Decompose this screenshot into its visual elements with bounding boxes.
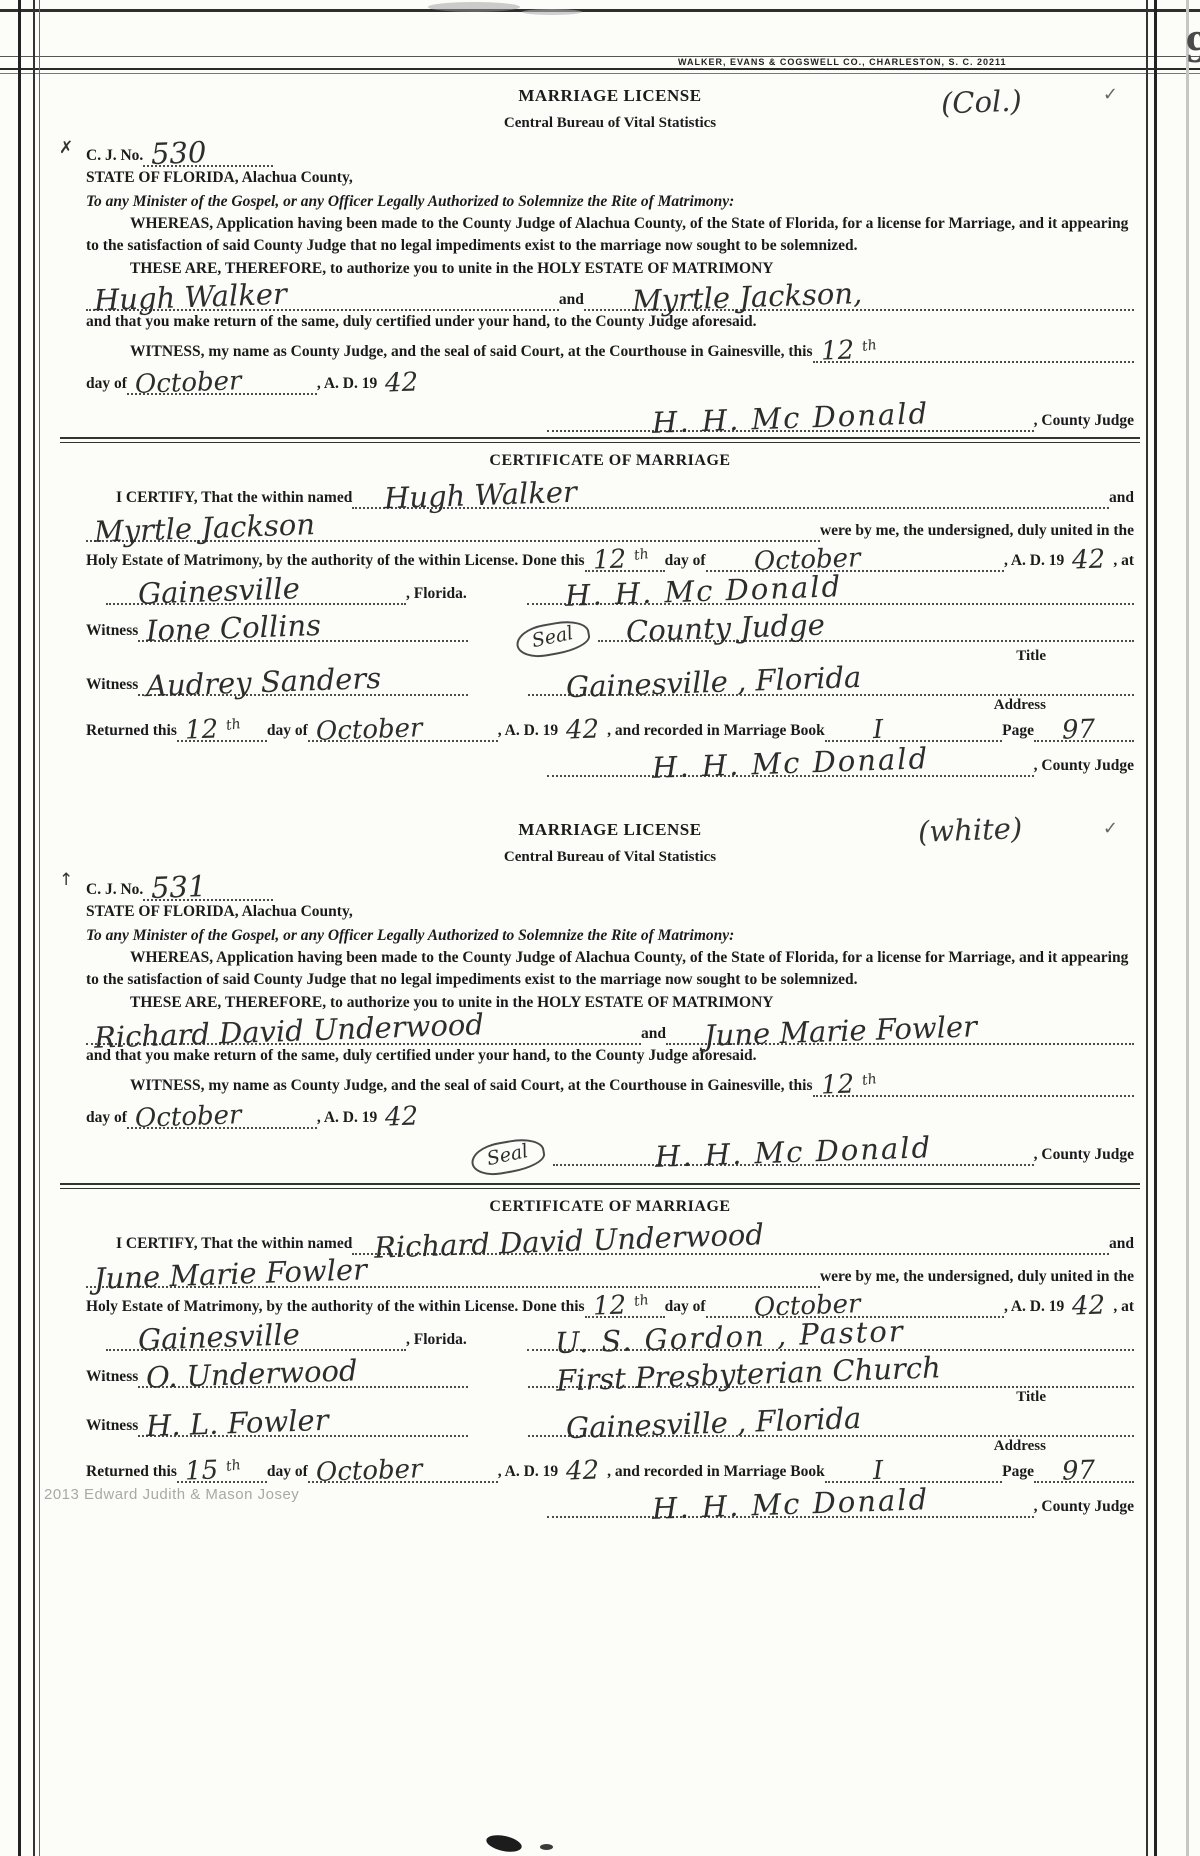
groom-line: Richard David Underwood [86,1014,641,1045]
whereas-paragraph: WHEREAS, Application having been made to… [86,947,1134,992]
page-label: Page [1002,1463,1034,1481]
day-of-label: day of [665,552,706,570]
these-line: THESE ARE, THEREFORE, to authorize you t… [86,994,1134,1012]
at-label: , at [1113,1298,1134,1316]
license-year: 42 [377,369,427,397]
judge-signature-row: Seal H. H. Mc Donald , County Judge [86,1135,1134,1171]
witness2-signature: Audrey Sanders [138,664,390,702]
groom-line: Hugh Walker [352,478,1109,509]
certify-label: I CERTIFY, That the within named [86,1235,352,1253]
scan-smudge [428,2,520,12]
certify-row: I CERTIFY, That the within named Richard… [86,1224,1134,1255]
marriage-book: I [864,717,891,744]
return-line: and that you make return of the same, du… [86,1047,1134,1065]
binding-line [33,0,35,1856]
done-day: 12 [584,1292,634,1320]
certify-label: I CERTIFY, That the within named [86,489,352,507]
city-line: Gainesville [106,574,406,605]
page-edge [1186,0,1189,1856]
witness-label: Witness [86,1368,138,1386]
bride-name: Myrtle Jackson, [623,279,870,317]
judge-signature: H. H. Mc Donald [643,1485,937,1524]
certificate-title: CERTIFICATE OF MARRIAGE [86,1198,1134,1216]
returned-month-line: October [308,714,498,742]
page-number-line: 97 [1034,1455,1134,1483]
license-day-suffix: th [861,337,878,355]
signature-line: H. H. Mc Donald [553,1135,1034,1166]
checkmark-icon: ✓ [1103,84,1118,105]
section-divider [60,437,1140,443]
returned-month-line: October [308,1455,498,1483]
city: Gainesville [130,1320,309,1355]
recorded-label: , and recorded in Marriage Book [607,722,825,740]
officiant-address-line: Gainesville , Florida [528,1406,1134,1437]
witness2-signature: H. L. Fowler [138,1406,337,1442]
day-of-row: day of October , A. D. 19 42 [86,1101,1134,1129]
day-of-label: day of [86,1109,127,1127]
returned-year: 42 [558,716,608,744]
witness-line-row: WITNESS, my name as County Judge, and th… [86,1069,1134,1097]
returned-day: 15 [176,1457,226,1485]
day-of-label: day of [86,375,127,393]
county-judge-label: , County Judge [1034,1146,1134,1164]
witness1-row: Witness Ione Collins Seal County Judge [86,611,1134,647]
whereas-paragraph: WHEREAS, Application having been made to… [86,213,1134,258]
return-line: and that you make return of the same, du… [86,313,1134,331]
done-month-line: October [706,544,1004,572]
day-line: 12th [813,335,1134,363]
bride-row: Myrtle Jackson were by me, the undersign… [86,511,1134,542]
witness1-signature: O. Underwood [138,1356,366,1393]
witness1-line: O. Underwood [138,1357,468,1388]
witness1-row: Witness O. Underwood First Presbyterian … [86,1357,1134,1388]
returned-day-line: 15th [177,1455,267,1483]
done-month-line: October [706,1290,1004,1318]
month-line: October [127,367,317,395]
bride-name: Myrtle Jackson [86,510,324,547]
race-notation: (Col.) [933,86,1031,118]
signature-line: H. H. Mc Donald [547,401,1034,432]
florida-label: , Florida. [406,1331,467,1349]
header-rule [0,73,1200,74]
groom-line: Hugh Walker [86,280,559,311]
holy-label: Holy Estate of Matrimony, by the authori… [86,552,585,570]
returned-day: 12 [176,716,226,744]
bride-name: June Marie Fowler [696,1012,986,1051]
officiant-address-line: Gainesville , Florida [528,665,1134,696]
minister-line: To any Minister of the Gospel, or any Of… [86,193,1134,211]
officiant-signature: U. S. Gordon , Pastor [546,1317,912,1359]
ad-label: , A. D. 19 [498,1463,558,1481]
done-year: 42 [1064,546,1114,574]
witness-label: Witness [86,1417,138,1435]
seal-label: Seal [484,1141,533,1169]
ad-label: , A. D. 19 [317,375,377,393]
county-judge-label: , County Judge [1034,1498,1134,1516]
binding-line [39,0,40,1856]
bride-line: Myrtle Jackson [86,511,820,542]
license-month: October [127,1102,250,1132]
judge-signature: H. H. Mc Donald [643,744,937,783]
signature-line: H. H. Mc Donald [547,1487,1034,1518]
page-number: 97 [1054,1457,1104,1485]
ad-label: , A. D. 19 [1004,552,1064,570]
license-day: 12 [812,1071,862,1099]
officiant-title-line: County Judge [598,611,1134,642]
judge-signature-row: H. H. Mc Donald , County Judge [86,746,1134,777]
marriage-license-531: ✓ (white) MARRIAGE LICENSE Central Burea… [86,820,1134,1171]
officiant-signature-line: U. S. Gordon , Pastor [527,1320,1134,1351]
certificate-of-marriage-2: CERTIFICATE OF MARRIAGE I CERTIFY, That … [86,1198,1134,1518]
top-rule [0,9,1200,12]
florida-label: , Florida. [406,585,467,603]
place-row: Gainesville , Florida. H. H. Mc Donald [86,574,1134,605]
binding-line [18,0,21,1856]
groom-name: Hugh Walker [86,279,296,315]
ad-label: , A. D. 19 [317,1109,377,1127]
witness2-row: Witness H. L. Fowler Gainesville , Flori… [86,1406,1134,1437]
done-row: Holy Estate of Matrimony, by the authori… [86,1290,1134,1318]
done-day-line: 12th [585,544,665,572]
united-label: were by me, the undersigned, duly united… [820,1268,1134,1286]
city-line: Gainesville [106,1320,406,1351]
day-of-label: day of [267,722,308,740]
judge-signature-row: H. H. Mc Donald , County Judge [86,401,1134,432]
cj-number-row: ↑ C. J. No. 531 [86,870,1134,901]
at-label: , at [1113,552,1134,570]
cj-no-label: C. J. No. [86,147,143,165]
signature-line: H. H. Mc Donald [547,746,1034,777]
page-number: 97 [1054,716,1104,744]
witness-label: Witness [86,676,138,694]
page-label: Page [1002,722,1034,740]
license-day-suffix: th [861,1071,878,1089]
ink-blot [540,1844,553,1850]
license-subtitle: Central Bureau of Vital Statistics [86,849,1134,866]
race-notation: (white) [909,814,1030,847]
state-line: STATE OF FLORIDA, Alachua County, [86,903,1134,921]
binding-line [1154,0,1157,1856]
margin-mark-icon: ↑ [59,870,73,890]
cj-number-row: ✗ C. J. No. 530 [86,136,1134,167]
bride-line: Myrtle Jackson, [584,280,1134,311]
bride-name: June Marie Fowler [86,1255,376,1294]
witness-line-row: WITNESS, my name as County Judge, and th… [86,335,1134,363]
printer-imprint: WALKER, EVANS & COGSWELL CO., CHARLESTON… [678,57,1007,67]
returned-year: 42 [558,1457,608,1485]
recorded-label: , and recorded in Marriage Book [607,1463,825,1481]
and-label: and [641,1025,666,1043]
county-judge-label: , County Judge [1034,412,1134,430]
returned-day-suffix: th [225,716,242,734]
binding-line [1146,0,1148,1856]
page-watermark: 2013 Edward Judith & Mason Josey [44,1486,299,1503]
margin-mark-icon: ✗ [59,138,73,158]
witness1-signature: Ione Collins [138,611,330,647]
city: Gainesville [130,574,309,609]
returned-day-line: 12th [177,714,267,742]
witness2-line: H. L. Fowler [138,1406,468,1437]
place-row: Gainesville , Florida. U. S. Gordon , Pa… [86,1320,1134,1351]
license-day: 12 [812,337,862,365]
certificate-title: CERTIFICATE OF MARRIAGE [86,452,1134,470]
page-number-digit: 9 [1186,20,1200,73]
marriage-book-line: I [825,714,1002,742]
cj-number-line: 531 [143,870,273,901]
page-number-line: 97 [1034,714,1134,742]
marriage-license-530: ✓ (Col.) MARRIAGE LICENSE Central Bureau… [86,86,1134,432]
returned-row: Returned this 12th day of October , A. D… [86,714,1134,742]
seal-doodle: Seal [469,1135,547,1179]
done-day-suffix: th [633,546,650,564]
witness1-line: Ione Collins [138,611,468,642]
holy-label: Holy Estate of Matrimony, by the authori… [86,1298,585,1316]
done-row: Holy Estate of Matrimony, by the authori… [86,544,1134,572]
day-of-row: day of October , A. D. 19 42 [86,367,1134,395]
month-line: October [127,1101,317,1129]
and-label: and [559,291,584,309]
title-label: Title [86,648,1134,665]
officiant-signature-line: H. H. Mc Donald [527,574,1134,605]
judge-signature: H. H. Mc Donald [643,399,937,438]
section-divider [60,1183,1140,1189]
witness-line: WITNESS, my name as County Judge, and th… [86,343,813,361]
done-year: 42 [1064,1292,1114,1320]
returned-month: October [307,1456,430,1486]
license-year: 42 [377,1103,427,1131]
bride-line: June Marie Fowler [86,1257,820,1288]
cj-number: 531 [143,872,215,903]
names-row: Hugh Walker and Myrtle Jackson, [86,280,1134,311]
marriage-book-line: I [825,1455,1002,1483]
certificate-of-marriage-1: CERTIFICATE OF MARRIAGE I CERTIFY, That … [86,452,1134,777]
bride-row: June Marie Fowler were by me, the unders… [86,1257,1134,1288]
bride-line: June Marie Fowler [666,1014,1134,1045]
groom-name: Hugh Walker [376,477,586,513]
license-month: October [127,368,250,398]
day-of-label: day of [665,1298,706,1316]
cj-number-line: 530 [143,136,273,167]
seal-label: Seal [529,623,578,651]
done-day-suffix: th [633,1292,650,1310]
names-row: Richard David Underwood and June Marie F… [86,1014,1134,1045]
done-day: 12 [584,546,634,574]
ad-label: , A. D. 19 [1004,1298,1064,1316]
witness2-row: Witness Audrey Sanders Gainesville , Flo… [86,665,1134,696]
header-rule [0,68,1200,70]
united-label: were by me, the undersigned, duly united… [820,522,1134,540]
returned-label: Returned this [86,1463,177,1481]
witness-line: WITNESS, my name as County Judge, and th… [86,1077,813,1095]
returned-month: October [307,715,430,745]
ink-blot [485,1832,523,1854]
groom-line: Richard David Underwood [352,1224,1109,1255]
ad-label: , A. D. 19 [498,722,558,740]
witness-label: Witness [86,622,138,640]
and-label: and [1109,489,1134,507]
day-line: 12th [813,1069,1134,1097]
returned-label: Returned this [86,722,177,740]
county-judge-label: , County Judge [1034,757,1134,775]
officiant-title: County Judge [617,610,833,646]
state-line: STATE OF FLORIDA, Alachua County, [86,169,1134,187]
cj-no-label: C. J. No. [86,881,143,899]
returned-row: Returned this 15th day of October , A. D… [86,1455,1134,1483]
scan-smudge [522,9,582,15]
officiant-signature: H. H. Mc Donald [556,572,850,611]
minister-line: To any Minister of the Gospel, or any Of… [86,927,1134,945]
marriage-book: I [864,1458,891,1485]
witness2-line: Audrey Sanders [138,665,468,696]
certify-row: I CERTIFY, That the within named Hugh Wa… [86,478,1134,509]
done-day-line: 12th [585,1290,665,1318]
and-label: and [1109,1235,1134,1253]
cj-number: 530 [143,138,215,169]
officiant-title-line: First Presbyterian Church [528,1357,1134,1388]
checkmark-icon: ✓ [1103,818,1118,839]
scanned-marriage-record-page: WALKER, EVANS & COGSWELL CO., CHARLESTON… [0,0,1200,1856]
judge-signature: H. H. Mc Donald [646,1133,940,1172]
returned-day-suffix: th [225,1457,242,1475]
header-rule [0,56,1200,57]
day-of-label: day of [267,1463,308,1481]
these-line: THESE ARE, THEREFORE, to authorize you t… [86,260,1134,278]
